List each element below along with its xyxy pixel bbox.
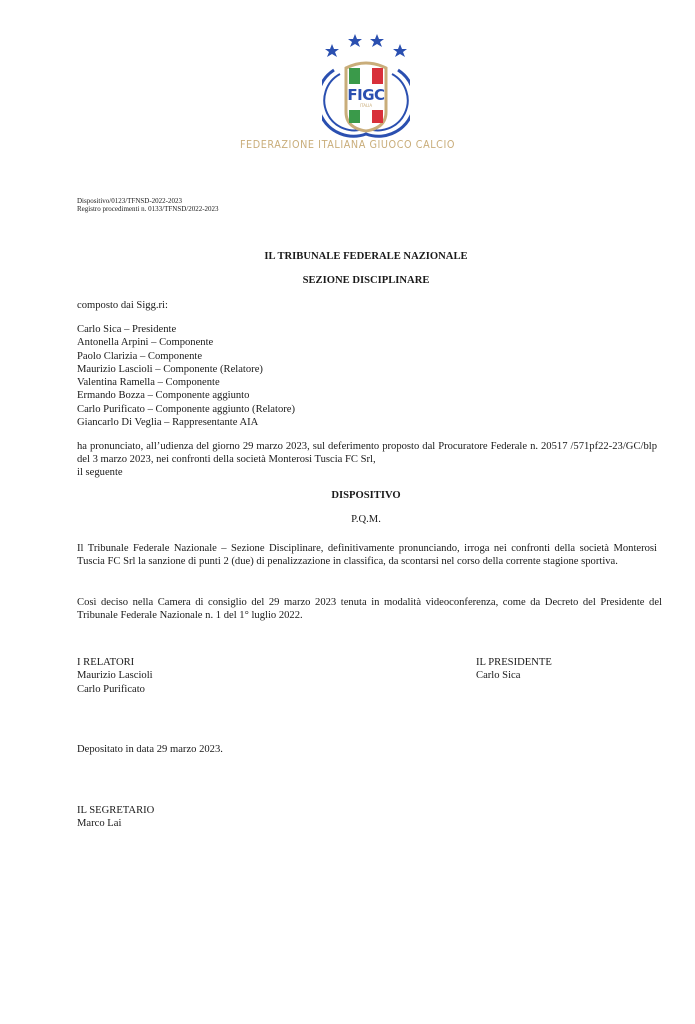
dispositivo-heading: DISPOSITIVO [0,490,695,501]
dispositivo-reference: Dispositivo/0123/TFNSD-2022-2023 [77,197,182,205]
composed-by-label: composto dai Sigg.ri: [77,299,168,312]
member-item: Paolo Clarizia – Componente [77,350,295,363]
star-icon [325,44,339,57]
federation-name: FEDERAZIONE ITALIANA GIUOCO CALCIO [28,139,667,151]
members-list: Carlo Sica – Presidente Antonella Arpini… [77,323,295,429]
secretary-block: IL SEGRETARIO Marco Lai [77,804,154,831]
member-item: Ermando Bozza – Componente aggiunto [77,389,295,402]
member-item: Maurizio Lascioli – Componente (Relatore… [77,363,295,376]
secretary-name: Marco Lai [77,817,154,830]
decision-note: Così deciso nella Camera di consiglio de… [77,596,662,623]
relatori-label: I RELATORI [77,656,153,669]
deposit-date: Depositato in data 29 marzo 2023. [77,743,223,756]
member-item: Giancarlo Di Veglia – Rappresentante AIA [77,416,295,429]
pqm-label: P.Q.M. [0,514,695,525]
relatori-block: I RELATORI Maurizio Lascioli Carlo Purif… [77,656,153,696]
section-title: SEZIONE DISCIPLINARE [0,275,695,286]
logo-text: FIGC [322,86,410,104]
ruling-paragraph: Il Tribunale Federale Nazionale – Sezion… [77,542,657,569]
registro-reference: Registro procedimenti n. 0133/TFNSD/2022… [77,205,219,213]
member-item: Valentina Ramella – Componente [77,376,295,389]
intro-tail: il seguente [77,466,123,479]
member-item: Carlo Sica – Presidente [77,323,295,336]
relatore-name: Carlo Purificato [77,683,153,696]
presidente-name: Carlo Sica [476,669,552,682]
member-item: Carlo Purificato – Componente aggiunto (… [77,403,295,416]
figc-logo: FIGC ITALIA [322,30,410,140]
tribunal-title: IL TRIBUNALE FEDERALE NAZIONALE [0,251,695,262]
logo-subtext: ITALIA [322,103,410,108]
member-item: Antonella Arpini – Componente [77,336,295,349]
star-icon [370,34,384,47]
star-icon [393,44,407,57]
figc-crest-icon [322,30,410,140]
secretary-label: IL SEGRETARIO [77,804,154,817]
intro-paragraph: ha pronunciato, all’udienza del giorno 2… [77,440,657,467]
presidente-label: IL PRESIDENTE [476,656,552,669]
star-icon [348,34,362,47]
presidente-block: IL PRESIDENTE Carlo Sica [476,656,552,683]
relatore-name: Maurizio Lascioli [77,669,153,682]
